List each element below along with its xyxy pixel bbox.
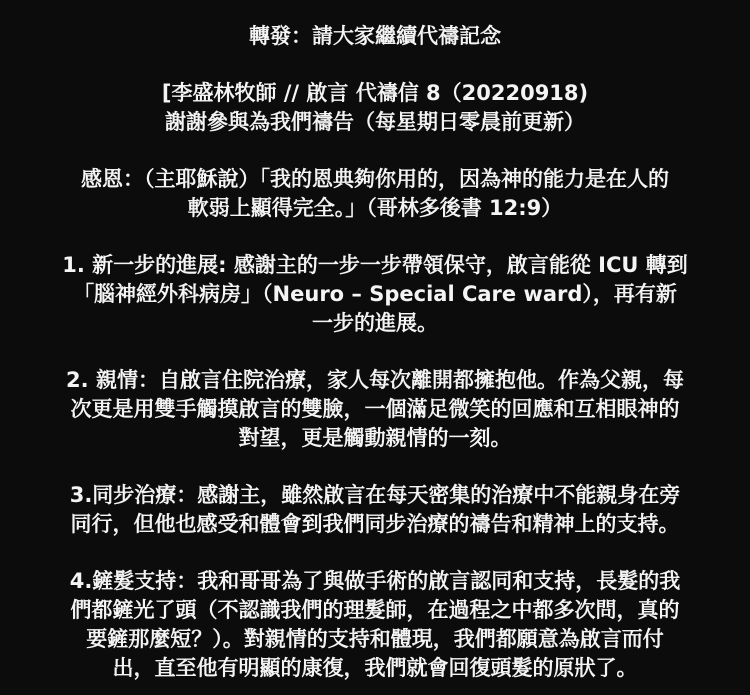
prayer-item-3: 3.同步治療：感謝主，雖然啟言在每天密集的治療中不能親身在旁 同行，但他也感受和… bbox=[44, 481, 706, 539]
prayer-item-1: 1. 新一步的進展: 感謝主的一步一步帶領保守，啟言能從 ICU 轉到 「腦神經… bbox=[44, 251, 706, 338]
prayer-item-4: 4.鏟髮支持：我和哥哥為了與做手術的啟言認同和支持，長髮的我 們都鏟光了頭（不認… bbox=[44, 567, 706, 683]
forward-title: 轉發：請大家繼續代禱記念 bbox=[44, 22, 706, 51]
prayer-item-2: 2. 親情：自啟言住院治療，家人每次離開都擁抱他。作為父親，每 次更是用雙手觸摸… bbox=[44, 366, 706, 453]
prayer-letter: 轉發：請大家繼續代禱記念 [李盛林牧師 // 啟言 代禱信 8（20220918… bbox=[0, 0, 750, 695]
thanksgiving-verse: 感恩：（主耶穌說）「我的恩典夠你用的，因為神的能力是在人的 軟弱上顯得完全。」（… bbox=[44, 165, 706, 223]
letter-header: [李盛林牧師 // 啟言 代禱信 8（20220918) 謝謝參與為我們禱告（每… bbox=[44, 79, 706, 137]
